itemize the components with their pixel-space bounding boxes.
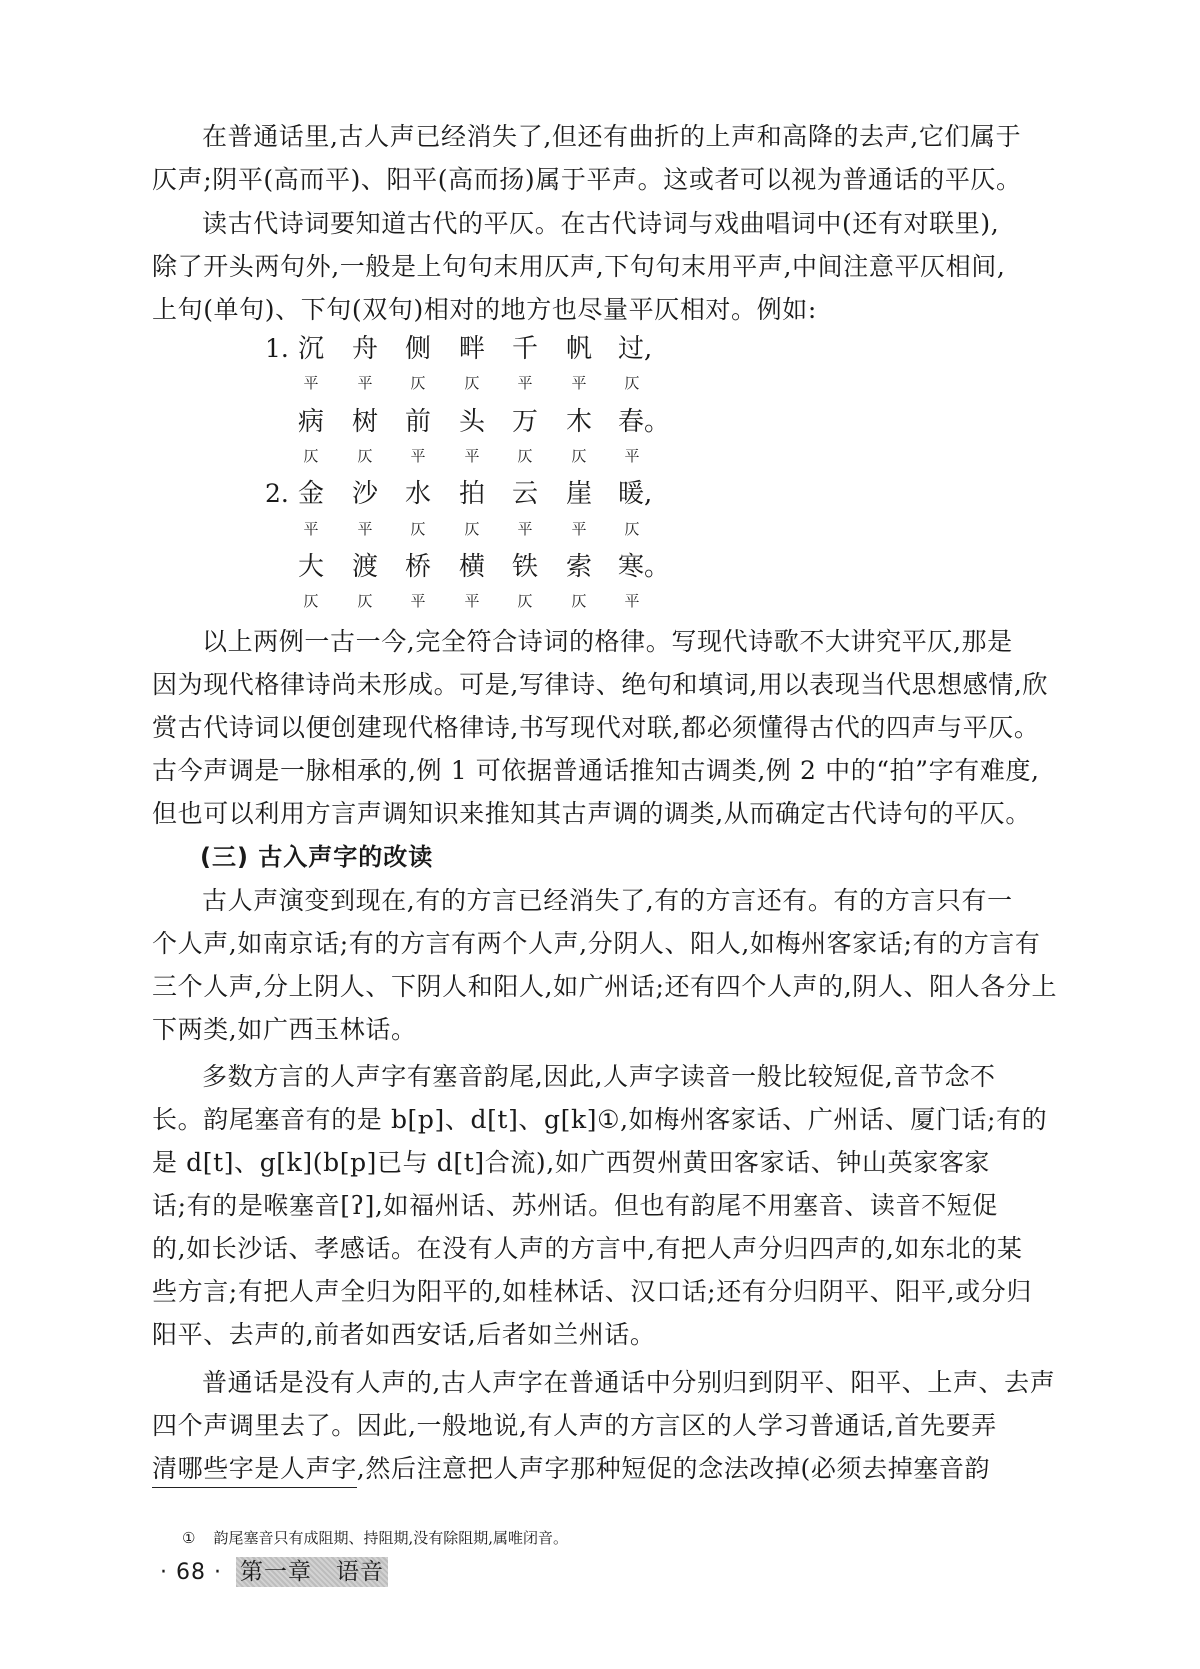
tone-mark: 平 <box>446 445 498 467</box>
chapter-number: 第一章 <box>240 1559 312 1585</box>
poem-char: 沉 <box>285 332 337 366</box>
tone-mark: 仄 <box>392 518 444 540</box>
tone-mark: 仄 <box>285 445 337 467</box>
poem-char: 横 <box>446 550 498 584</box>
text-line: 四个声调里去了。因此,一般地说,有人声的方言区的人学习普通话,首先要弄 <box>152 1409 1057 1443</box>
tone-mark: 平 <box>499 372 551 394</box>
tone-mark: 平 <box>553 518 605 540</box>
poem-char: 畔 <box>446 332 498 366</box>
text-line: 普通话是没有人声的,古人声字在普通话中分别归到阴平、阳平、上声、去声 <box>202 1366 1107 1400</box>
poem-char: 侧 <box>392 332 444 366</box>
poem-char: 崖 <box>553 477 605 511</box>
footnote-marker: ① <box>182 1529 195 1547</box>
tone-mark: 仄 <box>339 445 391 467</box>
poem-char: 金 <box>285 477 337 511</box>
text-line: 上句(单句)、下句(双句)相对的地方也尽量平仄相对。例如: <box>152 293 1057 327</box>
text-line: 赏古代诗词以便创建现代格律诗,书写现代对联,都必须懂得古代的四声与平仄。 <box>152 711 1057 745</box>
tone-mark: 仄 <box>553 590 605 612</box>
text-line: 因为现代格律诗尚未形成。可是,写律诗、绝句和填词,用以表现当代思想感情,欣 <box>152 668 1057 702</box>
poem-char: 铁 <box>499 550 551 584</box>
chapter-label: 第一章语音 <box>236 1557 388 1587</box>
footnote: ①韵尾塞音只有成阻期、持阻期,没有除阻期,属唯闭音。 <box>182 1527 568 1549</box>
poem-char: 寒。 <box>606 550 670 584</box>
text-line: 下两类,如广西玉林话。 <box>152 1013 1057 1047</box>
poem-char: 千 <box>499 332 551 366</box>
poem-char: 舟 <box>339 332 391 366</box>
tone-mark: 仄 <box>446 518 498 540</box>
poem-char: 树 <box>339 405 391 439</box>
page-footer: · 68 · 第一章语音 <box>160 1556 388 1588</box>
tone-mark: 平 <box>499 518 551 540</box>
text-line: 话;有的是喉塞音[ʔ],如福州话、苏州话。但也有韵尾不用塞音、读音不短促 <box>152 1189 1057 1223</box>
text-line: 读古代诗词要知道古代的平仄。在古代诗词与戏曲唱词中(还有对联里), <box>202 207 1107 241</box>
poem-char: 大 <box>285 550 337 584</box>
poem-char: 桥 <box>392 550 444 584</box>
text-line: 长。韵尾塞音有的是 b[p]、d[t]、g[k]①,如梅州客家话、广州话、厦门话… <box>152 1103 1057 1137</box>
poem-char: 索 <box>553 550 605 584</box>
tone-mark: 平 <box>606 590 658 612</box>
tone-mark: 仄 <box>499 445 551 467</box>
text-line: 个人声,如南京话;有的方言有两个人声,分阴人、阳人,如梅州客家话;有的方言有 <box>152 927 1057 961</box>
poem-char: 沙 <box>339 477 391 511</box>
tone-mark: 平 <box>392 445 444 467</box>
poem-char: 春。 <box>606 405 670 439</box>
text-line: 是 d[t]、g[k](b[p]已与 d[t]合流),如广西贺州黄田客家话、钟山… <box>152 1146 1057 1180</box>
text-line: 古人声演变到现在,有的方言已经消失了,有的方言还有。有的方言只有一 <box>202 884 1107 918</box>
tone-mark: 平 <box>285 372 337 394</box>
tone-mark: 仄 <box>553 445 605 467</box>
footnote-text: 韵尾塞音只有成阻期、持阻期,没有除阻期,属唯闭音。 <box>213 1529 568 1547</box>
tone-mark: 平 <box>285 518 337 540</box>
tone-mark: 平 <box>392 590 444 612</box>
poem-char: 拍 <box>446 477 498 511</box>
poem-char: 过, <box>606 332 670 366</box>
text-line: 清哪些字是人声字,然后注意把人声字那种短促的念法改掉(必须去掉塞音韵 <box>152 1452 1057 1486</box>
tone-mark: 平 <box>339 518 391 540</box>
tone-mark: 仄 <box>392 372 444 394</box>
tone-mark: 平 <box>446 590 498 612</box>
tone-mark: 仄 <box>446 372 498 394</box>
poem-char: 帆 <box>553 332 605 366</box>
tone-mark: 仄 <box>606 372 658 394</box>
text-line: 的,如长沙话、孝感话。在没有人声的方言中,有把人声分归四声的,如东北的某 <box>152 1232 1057 1266</box>
poem-char: 水 <box>392 477 444 511</box>
text-line: 些方言;有把人声全归为阳平的,如桂林话、汉口话;还有分归阴平、阳平,或分归 <box>152 1275 1057 1309</box>
text-line: 仄声;阴平(高而平)、阳平(高而扬)属于平声。这或者可以视为普通话的平仄。 <box>152 163 1057 197</box>
document-page: 在普通话里,古人声已经消失了,但还有曲折的上声和高降的去声,它们属于 仄声;阴平… <box>0 0 1200 1669</box>
tone-mark: 仄 <box>499 590 551 612</box>
poem-char: 万 <box>499 405 551 439</box>
tone-mark: 仄 <box>606 518 658 540</box>
text-line: 除了开头两句外,一般是上句句末用仄声,下句句末用平声,中间注意平仄相间, <box>152 250 1057 284</box>
page-number: · 68 · <box>160 1560 222 1585</box>
section-heading: (三) 古入声字的改读 <box>200 840 433 874</box>
chapter-title: 语音 <box>336 1559 384 1585</box>
text-line: 在普通话里,古人声已经消失了,但还有曲折的上声和高降的去声,它们属于 <box>202 120 1107 154</box>
footnote-divider <box>152 1487 357 1488</box>
tone-mark: 平 <box>553 372 605 394</box>
tone-mark: 仄 <box>285 590 337 612</box>
poem-char: 暖, <box>606 477 670 511</box>
text-line: 三个人声,分上阴人、下阴人和阳人,如广州话;还有四个人声的,阴人、阳人各分上 <box>152 970 1057 1004</box>
text-line: 以上两例一古一今,完全符合诗词的格律。写现代诗歌不大讲究平仄,那是 <box>202 625 1107 659</box>
tone-mark: 平 <box>606 445 658 467</box>
text-line: 阳平、去声的,前者如西安话,后者如兰州话。 <box>152 1318 1057 1352</box>
tone-mark: 平 <box>339 372 391 394</box>
poem-char: 木 <box>553 405 605 439</box>
poem-char: 云 <box>499 477 551 511</box>
text-line: 多数方言的人声字有塞音韵尾,因此,人声字读音一般比较短促,音节念不 <box>202 1060 1107 1094</box>
poem-char: 前 <box>392 405 444 439</box>
text-line: 古今声调是一脉相承的,例 1 可依据普通话推知古调类,例 2 中的“拍”字有难度… <box>152 754 1057 788</box>
poem-char: 渡 <box>339 550 391 584</box>
tone-mark: 仄 <box>339 590 391 612</box>
text-line: 但也可以利用方言声调知识来推知其古声调的调类,从而确定古代诗句的平仄。 <box>152 797 1057 831</box>
poem-char: 病 <box>285 405 337 439</box>
poem-char: 头 <box>446 405 498 439</box>
